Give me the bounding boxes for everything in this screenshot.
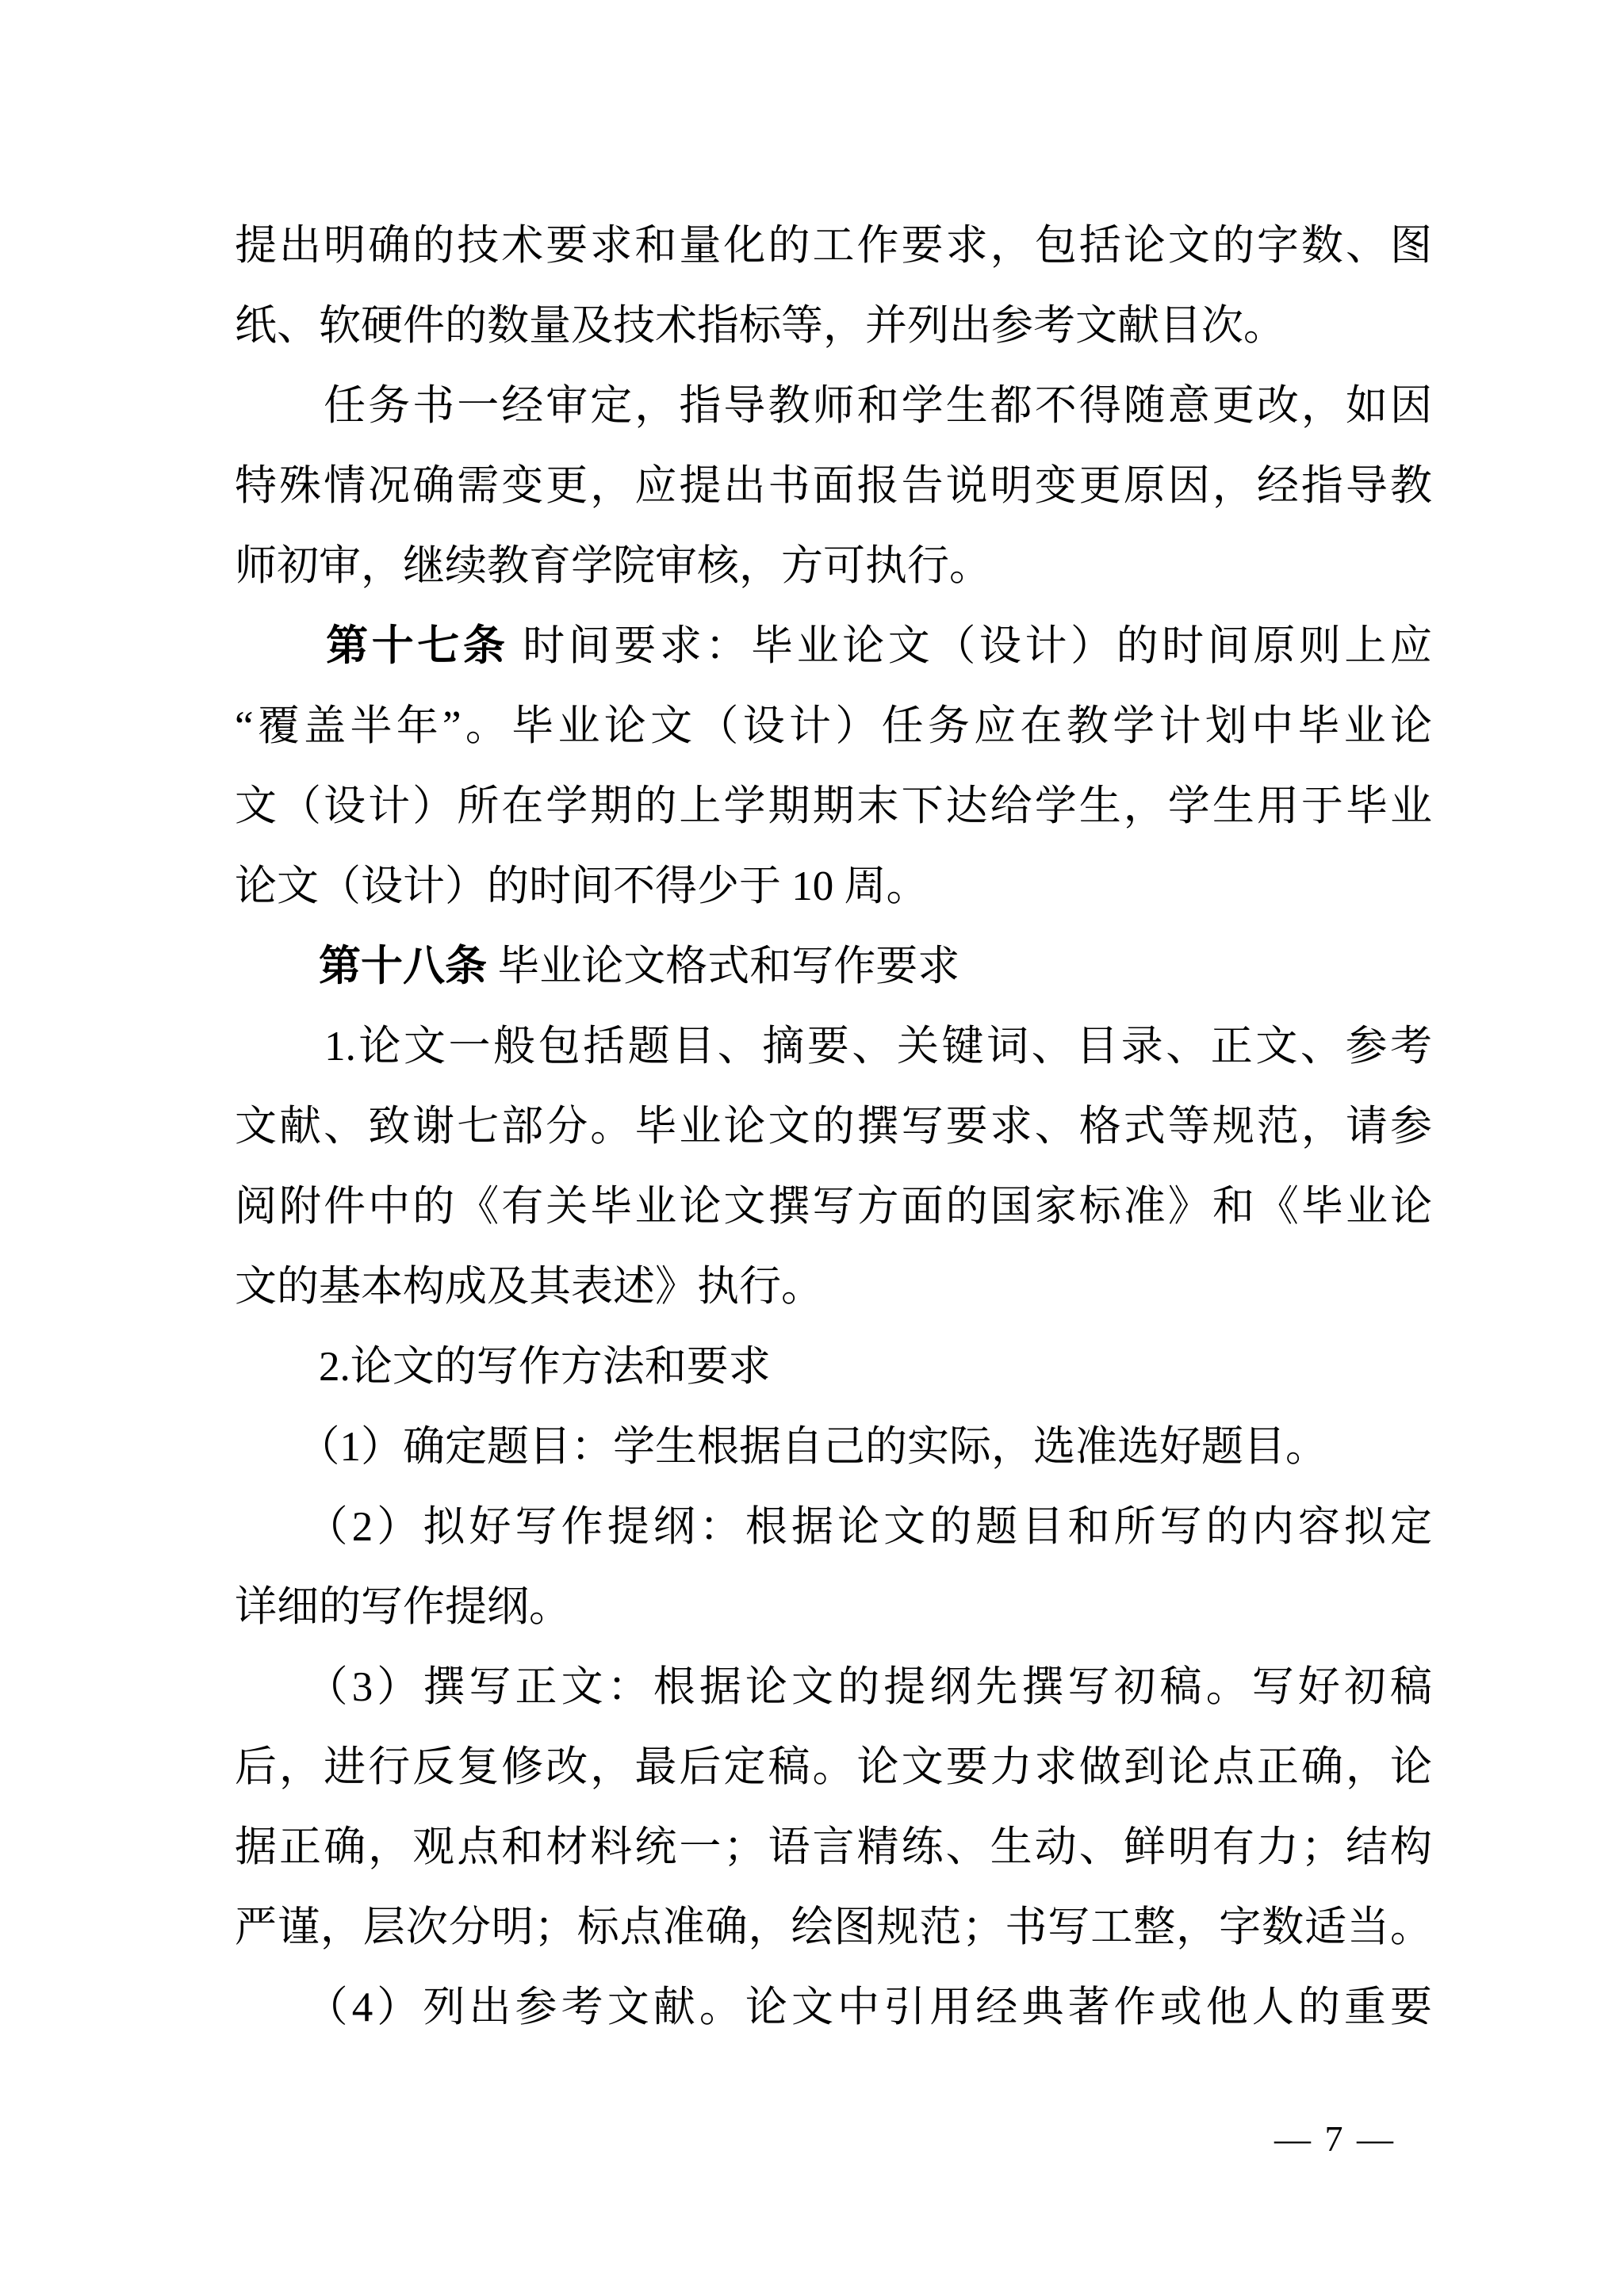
text-line: 后，进行反复修改，最后定稿。论文要力求做到论点正确，论 xyxy=(235,1728,1432,1808)
document-page: 提出明确的技术要求和量化的工作要求，包括论文的字数、图纸、软硬件的数量及技术指标… xyxy=(0,0,1624,2296)
text-line-text: 阅附件中的《有关毕业论文撰写方面的国家标准》和《毕业论 xyxy=(235,1184,1432,1230)
text-line-text: 2.论文的写作方法和要求 xyxy=(235,1344,771,1390)
text-line: 第十八条 毕业论文格式和写作要求 xyxy=(235,927,1432,1007)
text-line-text: （4）列出参考文献。论文中引用经典著作或他人的重要 xyxy=(235,1984,1432,2030)
text-line-text: 详细的写作提纲。 xyxy=(235,1584,571,1630)
text-line: 详细的写作提纲。 xyxy=(235,1567,1432,1647)
text-line-text: 任务书一经审定，指导教师和学生都不得随意更改，如因 xyxy=(235,383,1432,429)
text-line-text: 论文（设计）的时间不得少于 10 周。 xyxy=(235,863,929,909)
text-line-text: 提出明确的技术要求和量化的工作要求，包括论文的字数、图 xyxy=(235,223,1432,269)
text-line-text: “覆盖半年”。毕业论文（设计）任务应在教学计划中毕业论 xyxy=(235,703,1432,749)
text-line: 师初审，继续教育学院审核，方可执行。 xyxy=(235,526,1432,607)
text-line-text: （1）确定题目：学生根据自己的实际，选准选好题目。 xyxy=(235,1424,1327,1470)
text-line: 据正确，观点和材料统一；语言精练、生动、鲜明有力；结构 xyxy=(235,1808,1432,1888)
text-line-text: 毕业论文格式和写作要求 xyxy=(487,943,959,989)
text-line: 2.论文的写作方法和要求 xyxy=(235,1327,1432,1407)
text-line: 任务书一经审定，指导教师和学生都不得随意更改，如因 xyxy=(235,366,1432,446)
text-line-text: 纸、软硬件的数量及技术指标等，并列出参考文献目次。 xyxy=(235,303,1285,349)
text-block: 提出明确的技术要求和量化的工作要求，包括论文的字数、图纸、软硬件的数量及技术指标… xyxy=(235,206,1432,2048)
text-line-text: 1.论文一般包括题目、摘要、关键词、目录、正文、参考 xyxy=(235,1024,1432,1070)
text-line-text: 文献、致谢七部分。毕业论文的撰写要求、格式等规范，请参 xyxy=(235,1104,1432,1150)
text-line: 文（设计）所在学期的上学期期末下达给学生，学生用于毕业 xyxy=(235,767,1432,847)
text-line-text: 文的基本构成及其表述》执行。 xyxy=(235,1264,823,1310)
text-line: 提出明确的技术要求和量化的工作要求，包括论文的字数、图 xyxy=(235,206,1432,286)
text-line: （3）撰写正文：根据论文的提纲先撰写初稿。写好初稿 xyxy=(235,1647,1432,1728)
text-line-text: 据正确，观点和材料统一；语言精练、生动、鲜明有力；结构 xyxy=(235,1824,1432,1870)
section-heading-bold: 第十七条 xyxy=(235,623,508,669)
section-heading-bold: 第十八条 xyxy=(235,943,487,989)
text-line: 阅附件中的《有关毕业论文撰写方面的国家标准》和《毕业论 xyxy=(235,1167,1432,1247)
text-line-text: 时间要求：毕业论文（设计）的时间原则上应 xyxy=(508,623,1432,669)
text-line-text: 文（设计）所在学期的上学期期末下达给学生，学生用于毕业 xyxy=(235,783,1432,829)
text-line: 严谨，层次分明；标点准确，绘图规范；书写工整，字数适当。 xyxy=(235,1888,1432,1968)
text-line: （1）确定题目：学生根据自己的实际，选准选好题目。 xyxy=(235,1407,1432,1487)
text-line-text: 特殊情况确需变更，应提出书面报告说明变更原因，经指导教 xyxy=(235,463,1432,509)
text-line: 1.论文一般包括题目、摘要、关键词、目录、正文、参考 xyxy=(235,1007,1432,1087)
text-line: （4）列出参考文献。论文中引用经典著作或他人的重要 xyxy=(235,1968,1432,2048)
text-line: 纸、软硬件的数量及技术指标等，并列出参考文献目次。 xyxy=(235,286,1432,366)
text-line-text: （2）拟好写作提纲：根据论文的题目和所写的内容拟定 xyxy=(235,1504,1432,1550)
text-line-text: 严谨，层次分明；标点准确，绘图规范；书写工整，字数适当。 xyxy=(235,1904,1432,1950)
text-line-text: （3）撰写正文：根据论文的提纲先撰写初稿。写好初稿 xyxy=(235,1664,1432,1710)
page-number: — 7 — xyxy=(1205,2110,1396,2168)
text-line: 论文（设计）的时间不得少于 10 周。 xyxy=(235,847,1432,927)
text-line: 第十七条 时间要求：毕业论文（设计）的时间原则上应 xyxy=(235,607,1432,687)
text-line-text: 师初审，继续教育学院审核，方可执行。 xyxy=(235,543,991,589)
text-line: 特殊情况确需变更，应提出书面报告说明变更原因，经指导教 xyxy=(235,446,1432,526)
text-line: 文的基本构成及其表述》执行。 xyxy=(235,1247,1432,1327)
text-line: 文献、致谢七部分。毕业论文的撰写要求、格式等规范，请参 xyxy=(235,1087,1432,1167)
text-line: （2）拟好写作提纲：根据论文的题目和所写的内容拟定 xyxy=(235,1487,1432,1567)
text-line: “覆盖半年”。毕业论文（设计）任务应在教学计划中毕业论 xyxy=(235,687,1432,767)
text-line-text: 后，进行反复修改，最后定稿。论文要力求做到论点正确，论 xyxy=(235,1744,1432,1790)
